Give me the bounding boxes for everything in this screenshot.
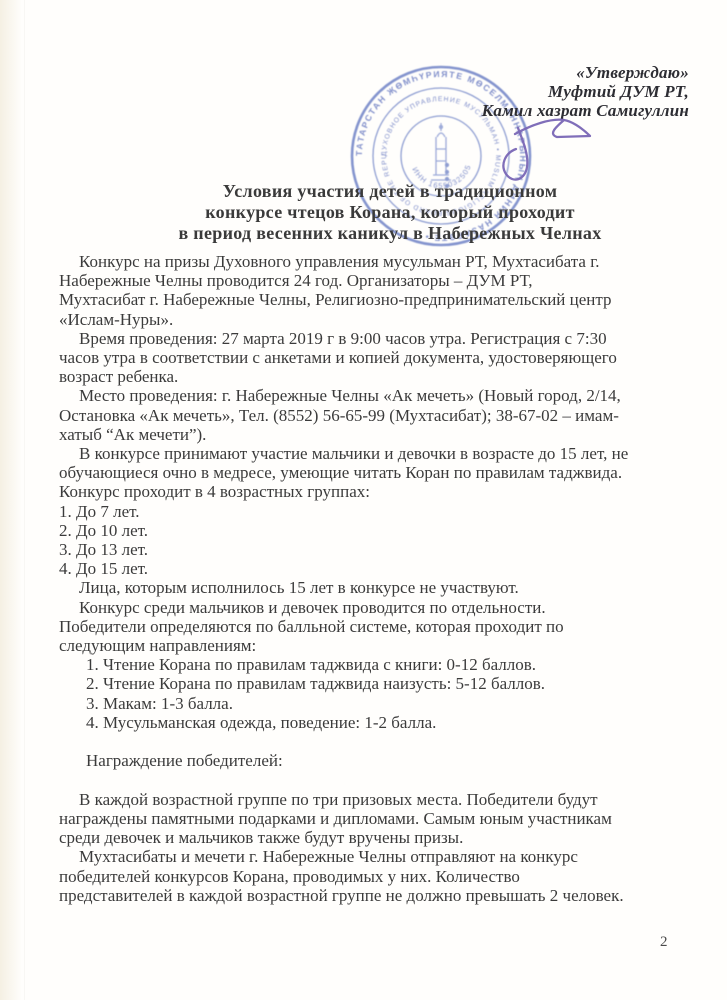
- body-line: хатыб “Ак мечети”).: [59, 425, 709, 444]
- document-body: Конкурс на призы Духовного управления му…: [59, 252, 709, 905]
- body-line: Набережные Челны проводится 24 год. Орга…: [59, 271, 709, 290]
- signature-flourish: [515, 120, 590, 137]
- body-line: возраст ребенка.: [59, 367, 709, 386]
- signature-loop: [503, 128, 527, 180]
- body-line: 2. Чтение Корана по правилам таджвида на…: [59, 674, 709, 693]
- body-line: 4. Мусульманская одежда, поведение: 1-2 …: [59, 713, 709, 732]
- body-line: победителей конкурсов Корана, проводимых…: [59, 867, 709, 886]
- body-line: 1. До 7 лет.: [59, 502, 709, 521]
- mufti-signature: [485, 106, 635, 211]
- body-line: часов утра в соответствии с анкетами и к…: [59, 348, 709, 367]
- body-line: среди девочек и мальчиков также будут вр…: [59, 828, 709, 847]
- body-line: представителей в каждой возрастной групп…: [59, 886, 709, 905]
- body-line: В каждой возрастной группе по три призов…: [59, 790, 709, 809]
- body-line: Остановка «Ак мечеть», Тел. (8552) 56-65…: [59, 406, 709, 425]
- approval-line: Муфтий ДУМ РТ,: [482, 82, 689, 101]
- body-line: [59, 732, 709, 751]
- body-line: Конкурс на призы Духовного управления му…: [59, 252, 709, 271]
- body-line: Конкурс проходит в 4 возрастных группах:: [59, 482, 709, 501]
- body-line: 1. Чтение Корана по правилам таджвида с …: [59, 655, 709, 674]
- body-line: 4. До 15 лет.: [59, 559, 709, 578]
- body-line: обучающиеся очно в медресе, умеющие чита…: [59, 463, 709, 482]
- body-line: награждены памятными подарками и диплома…: [59, 809, 709, 828]
- body-line: В конкурсе принимают участие мальчики и …: [59, 444, 709, 463]
- body-line: Лица, которым исполнилось 15 лет в конку…: [59, 578, 709, 597]
- body-line: Время проведения: 27 марта 2019 г в 9:00…: [59, 329, 709, 348]
- body-line: [59, 770, 709, 789]
- body-line: 3. Макам: 1-3 балла.: [59, 694, 709, 713]
- body-line: Награждение победителей:: [59, 751, 709, 770]
- body-line: Конкурс среди мальчиков и девочек провод…: [59, 598, 709, 617]
- body-line: Место проведения: г. Набережные Челны «А…: [59, 386, 709, 405]
- body-line: 3. До 13 лет.: [59, 540, 709, 559]
- body-line: Победители определяются по балльной сист…: [59, 617, 709, 636]
- body-line: 2. До 10 лет.: [59, 521, 709, 540]
- page-number: 2: [660, 934, 668, 951]
- document-page: ТАТАРСТАН ҖӨМҺҮРИЯТЕ МӨСЕЛМАННАРЫНЫҢ ДИН…: [0, 0, 727, 1000]
- body-line: «Ислам-Нуры».: [59, 310, 709, 329]
- body-line: Мухтасибат г. Набережные Челны, Религиоз…: [59, 290, 709, 309]
- body-line: следующим направлениям:: [59, 636, 709, 655]
- title-line: в период весенних каникул в Набережных Ч…: [70, 223, 710, 244]
- approval-line: «Утверждаю»: [482, 63, 689, 82]
- body-line: Мухтасибаты и мечети г. Набережные Челны…: [59, 847, 709, 866]
